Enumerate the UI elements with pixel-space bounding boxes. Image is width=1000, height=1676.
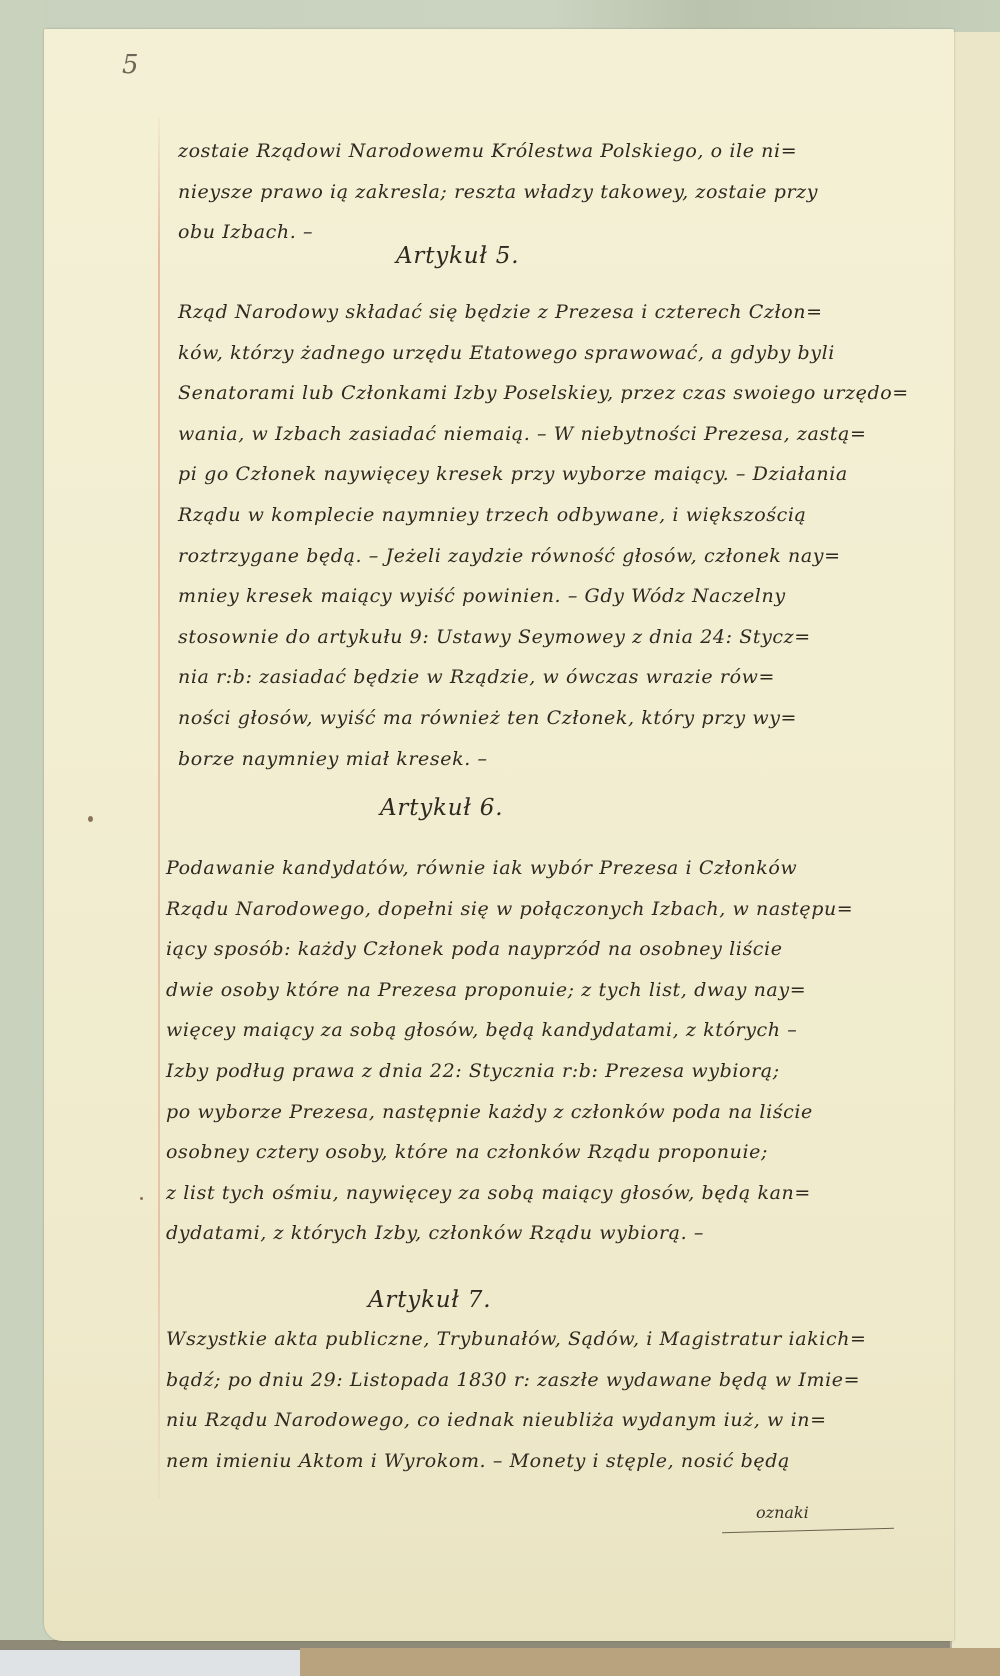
- text-line: stosownie do artykułu 9: Ustawy Seymowey…: [178, 617, 938, 658]
- text-line: Rządu w komplecie naymniey trzech odbywa…: [178, 495, 938, 536]
- article-6-heading: Artykuł 6.: [380, 795, 503, 821]
- intro-paragraph: zostaie Rządowi Narodowemu Królestwa Pol…: [178, 131, 938, 253]
- folio-number: 5: [122, 50, 139, 80]
- article-5-heading: Artykuł 5.: [396, 243, 519, 269]
- text-line: Izby podług prawa z dnia 22: Stycznia r:…: [166, 1051, 926, 1092]
- text-line: ków, którzy żadnego urzędu Etatowego spr…: [178, 333, 938, 374]
- backing-board-bottom-right: [300, 1648, 1000, 1676]
- text-line: dwie osoby które na Prezesa proponuie; z…: [166, 970, 926, 1011]
- article-7-body: Wszystkie akta publiczne, Trybunałów, Są…: [166, 1319, 926, 1481]
- facing-page-edge: [950, 32, 1000, 1648]
- text-line: bądź; po dniu 29: Listopada 1830 r: zasz…: [166, 1360, 926, 1401]
- text-line: z list tych ośmiu, naywięcey za sobą mai…: [166, 1173, 926, 1214]
- text-line: nieysze prawo ią zakresla; reszta władzy…: [178, 172, 938, 213]
- text-line: nem imieniu Aktom i Wyrokom. – Monety i …: [166, 1441, 926, 1482]
- text-line: Podawanie kandydatów, równie iak wybór P…: [166, 848, 926, 889]
- text-line: Rząd Narodowy składać się będzie z Preze…: [178, 292, 938, 333]
- margin-rule: [158, 118, 160, 1498]
- text-line: iący sposób: każdy Członek poda nayprzód…: [166, 929, 926, 970]
- catchword: oznaki: [756, 1503, 809, 1522]
- text-line: ności głosów, wyiść ma również ten Człon…: [178, 698, 938, 739]
- article-6-body: Podawanie kandydatów, równie iak wybór P…: [166, 848, 926, 1254]
- text-line: więcey maiący za sobą głosów, będą kandy…: [166, 1010, 926, 1051]
- text-line: niu Rządu Narodowego, co iednak nieubliż…: [166, 1400, 926, 1441]
- text-line: pi go Członek naywięcey kresek przy wybo…: [178, 454, 938, 495]
- text-line: nia r:b: zasiadać będzie w Rządzie, w ów…: [178, 657, 938, 698]
- text-line: mniey kresek maiący wyiść powinien. – Gd…: [178, 576, 938, 617]
- article-5-body: Rząd Narodowy składać się będzie z Preze…: [178, 292, 938, 779]
- text-line: Wszystkie akta publiczne, Trybunałów, Są…: [166, 1319, 926, 1360]
- text-line: obu Izbach. –: [178, 212, 938, 253]
- text-line: roztrzygane będą. – Jeżeli zaydzie równo…: [178, 536, 938, 577]
- ink-stain: [88, 816, 93, 822]
- text-line: dydatami, z których Izby, członków Rządu…: [166, 1213, 926, 1254]
- text-line: wania, w Izbach zasiadać niemaią. – W ni…: [178, 414, 938, 455]
- ink-speck: [140, 1197, 143, 1200]
- backing-board-left: [0, 0, 46, 1676]
- text-line: osobney cztery osoby, które na członków …: [166, 1132, 926, 1173]
- article-7-heading: Artykuł 7.: [368, 1287, 491, 1313]
- text-line: zostaie Rządowi Narodowemu Królestwa Pol…: [178, 131, 938, 172]
- text-line: Rządu Narodowego, dopełni się w połączon…: [166, 889, 926, 930]
- text-line: Senatorami lub Członkami Izby Poselskiey…: [178, 373, 938, 414]
- text-line: borze naymniey miał kresek. –: [178, 739, 938, 780]
- text-line: po wyborze Prezesa, następnie każdy z cz…: [166, 1092, 926, 1133]
- backing-board-bottom-left: [0, 1650, 300, 1676]
